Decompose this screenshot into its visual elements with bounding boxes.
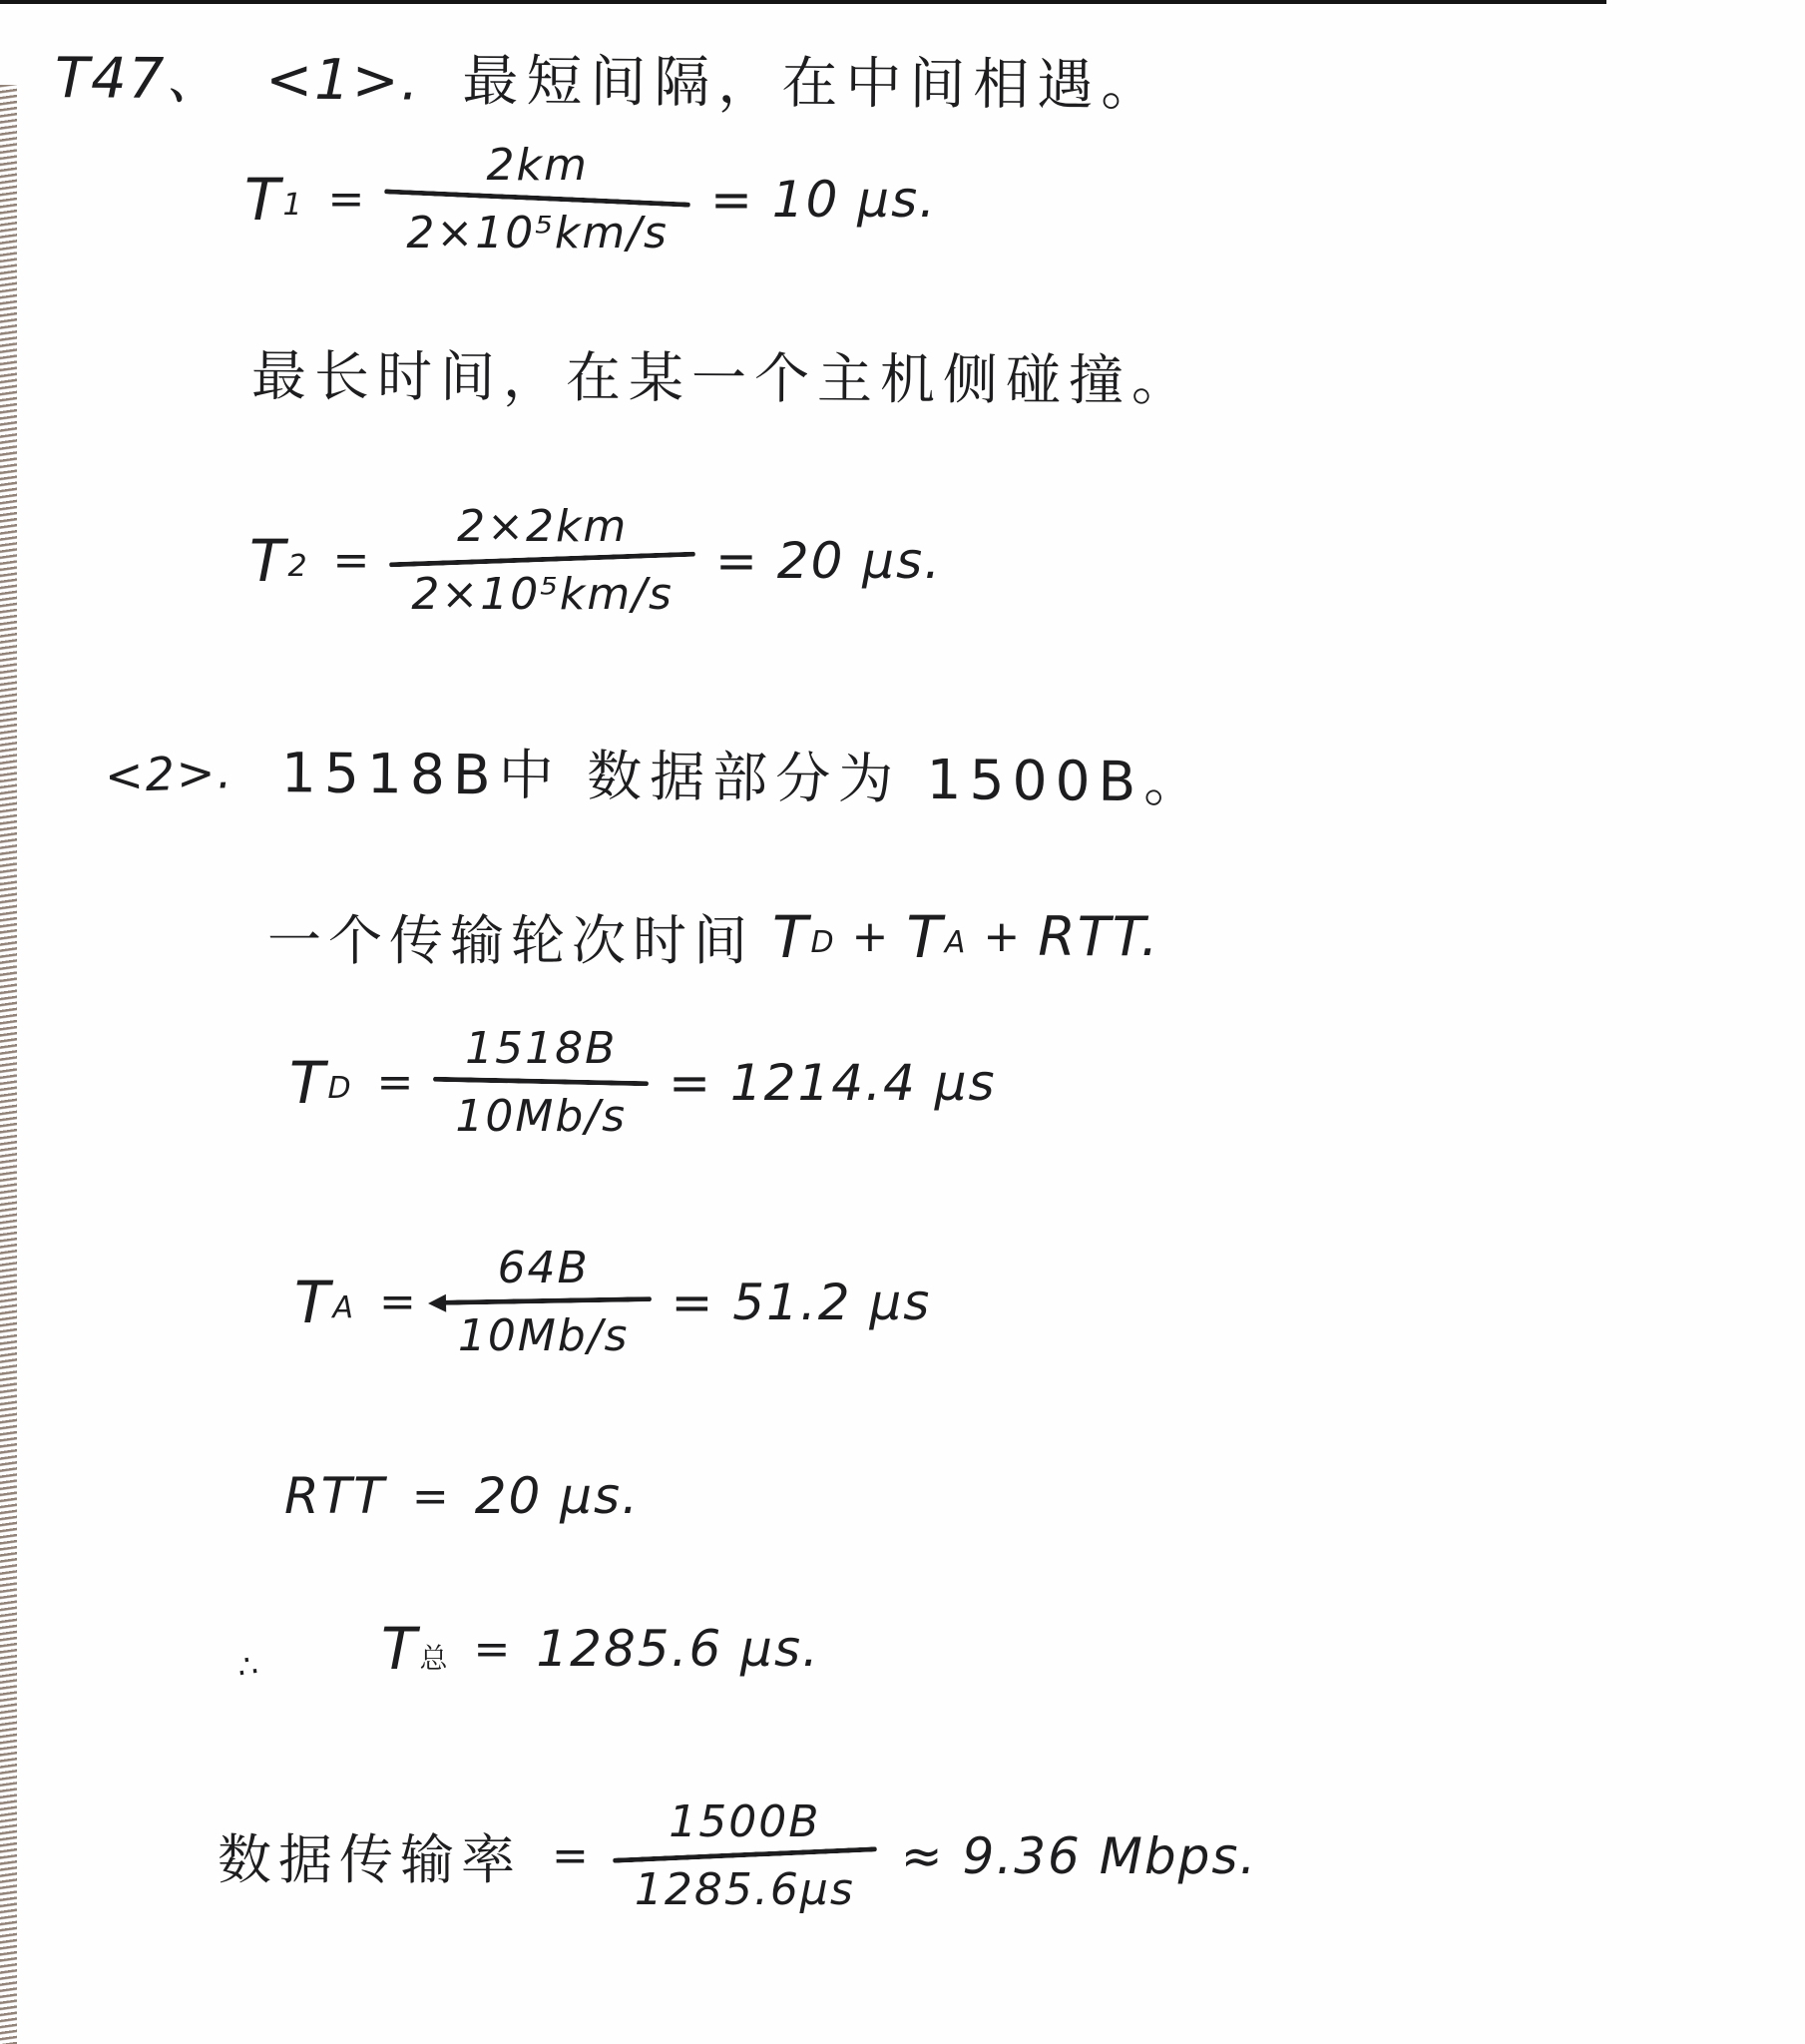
t1-denominator: 2×10⁵km/s: [400, 208, 675, 258]
frame-statement: 1518B中 数据部分为 1500B。: [281, 729, 1207, 817]
t1-symbol: T1: [244, 166, 302, 234]
ttotal-subscript: 总: [419, 1637, 447, 1677]
equals-sign: =: [473, 1624, 510, 1675]
t2-subscript: 2: [287, 549, 306, 584]
equation-t2: T2 = 2×2km 2×10⁵km/s = 20 μs.: [249, 501, 942, 620]
left-arrowhead-icon: [428, 1294, 446, 1312]
t2-letter: T: [249, 527, 284, 595]
rtt-term: RTT.: [1038, 905, 1159, 968]
td-term-letter: T: [772, 903, 807, 971]
fraction-bar: [384, 189, 690, 207]
equation-throughput: 数据传输率 = 1500B 1285.6μs ≈ 9.36 Mbps.: [218, 1796, 1257, 1915]
fraction-bar: [389, 552, 695, 568]
part2-label: <2>.: [104, 744, 250, 802]
throughput-label: 数据传输率: [218, 1817, 522, 1894]
ta-symbol: TA: [294, 1269, 353, 1336]
t2-result: = 20 μs.: [715, 532, 942, 590]
round-time-prefix: 一个传输轮次时间: [267, 898, 754, 975]
td-letter: T: [289, 1049, 324, 1117]
td-result: = 1214.4 μs: [669, 1054, 997, 1112]
throughput-denominator: 1285.6μs: [629, 1864, 861, 1915]
t1-numerator: 2km: [481, 140, 595, 191]
fraction-bar: [433, 1077, 649, 1087]
part1-statement: 最短间隔，在中间相遇。: [462, 49, 1164, 119]
problem-number: T47、: [55, 46, 225, 112]
equation-total: T总 = 1285.6 μs.: [381, 1615, 820, 1683]
equation-ta: TA = 64B 10Mb/s = 51.2 μs: [294, 1243, 931, 1361]
equation-td: TD = 1518B 10Mb/s = 1214.4 μs: [289, 1023, 997, 1142]
td-numerator: 1518B: [459, 1023, 623, 1074]
ta-fraction: 64B 10Mb/s: [442, 1243, 646, 1361]
t1-letter: T: [244, 166, 279, 234]
equals-sign: =: [333, 535, 370, 586]
part1-label: <1>.: [265, 48, 421, 114]
max-time-text: 最长时间，在某一个主机侧碰撞。: [251, 344, 1194, 413]
throughput-numerator: 1500B: [663, 1796, 826, 1847]
round-time-statement: 一个传输轮次时间 TD + TA + RTT.: [267, 898, 1160, 975]
max-time-statement: 最长时间，在某一个主机侧碰撞。: [251, 332, 1194, 416]
equation-t1: T1 = 2km 2×10⁵km/s = 10 μs.: [244, 140, 937, 258]
ttotal-symbol: T总: [381, 1615, 447, 1683]
ttotal-value: 1285.6 μs.: [536, 1620, 820, 1678]
ta-subscript: A: [332, 1290, 353, 1325]
plus-sign: +: [852, 911, 889, 962]
throughput-fraction: 1500B 1285.6μs: [619, 1796, 871, 1915]
equation-rtt: RTT = 20 μs.: [284, 1467, 640, 1525]
t1-fraction: 2km 2×10⁵km/s: [390, 140, 684, 258]
td-subscript: D: [327, 1071, 350, 1106]
td-term: TD: [772, 903, 834, 971]
problem-header: T47、 <1>. 最短间隔，在中间相遇。: [55, 34, 1165, 122]
ta-letter: T: [294, 1269, 329, 1336]
ta-term-sub: A: [945, 925, 966, 960]
td-denominator: 10Mb/s: [449, 1091, 633, 1142]
page-edge-artifact: [0, 85, 17, 2044]
scan-edge-top: [0, 0, 1606, 4]
td-fraction: 1518B 10Mb/s: [439, 1023, 643, 1142]
t2-denominator: 2×10⁵km/s: [405, 569, 679, 620]
equals-sign: =: [552, 1830, 589, 1881]
plus-sign: +: [983, 911, 1020, 962]
equals-sign: =: [328, 174, 365, 225]
rtt-value: 20 μs.: [475, 1467, 640, 1525]
fraction-bar: [613, 1846, 877, 1863]
t2-symbol: T2: [249, 527, 307, 595]
ta-denominator: 10Mb/s: [452, 1310, 636, 1361]
td-symbol: TD: [289, 1049, 351, 1117]
throughput-result: ≈ 9.36 Mbps.: [901, 1827, 1258, 1885]
frame-statement-text: 1518B中 数据部分为 1500B。: [281, 741, 1207, 814]
ta-result: = 51.2 μs: [671, 1274, 931, 1331]
equals-sign: =: [379, 1277, 416, 1327]
td-term-sub: D: [810, 925, 833, 960]
fraction-bar-arrow: [436, 1296, 652, 1305]
ta-term-letter: T: [906, 903, 941, 971]
t1-subscript: 1: [282, 188, 301, 223]
t1-result: = 10 μs.: [710, 171, 937, 229]
notebook-page: T47、 <1>. 最短间隔，在中间相遇。 T1 = 2km 2×10⁵km/s…: [0, 0, 1805, 2044]
t2-numerator: 2×2km: [451, 501, 634, 552]
rtt-lhs: RTT: [284, 1467, 386, 1525]
ta-numerator: 64B: [492, 1243, 596, 1293]
equals-sign: =: [377, 1057, 414, 1108]
ttotal-letter: T: [381, 1615, 416, 1683]
equals-sign: =: [412, 1471, 449, 1522]
therefore-symbol: ∴: [234, 1645, 263, 1686]
part2-label-text: <2>.: [104, 745, 234, 802]
ta-term: TA: [906, 903, 965, 971]
t2-fraction: 2×2km 2×10⁵km/s: [395, 501, 689, 620]
